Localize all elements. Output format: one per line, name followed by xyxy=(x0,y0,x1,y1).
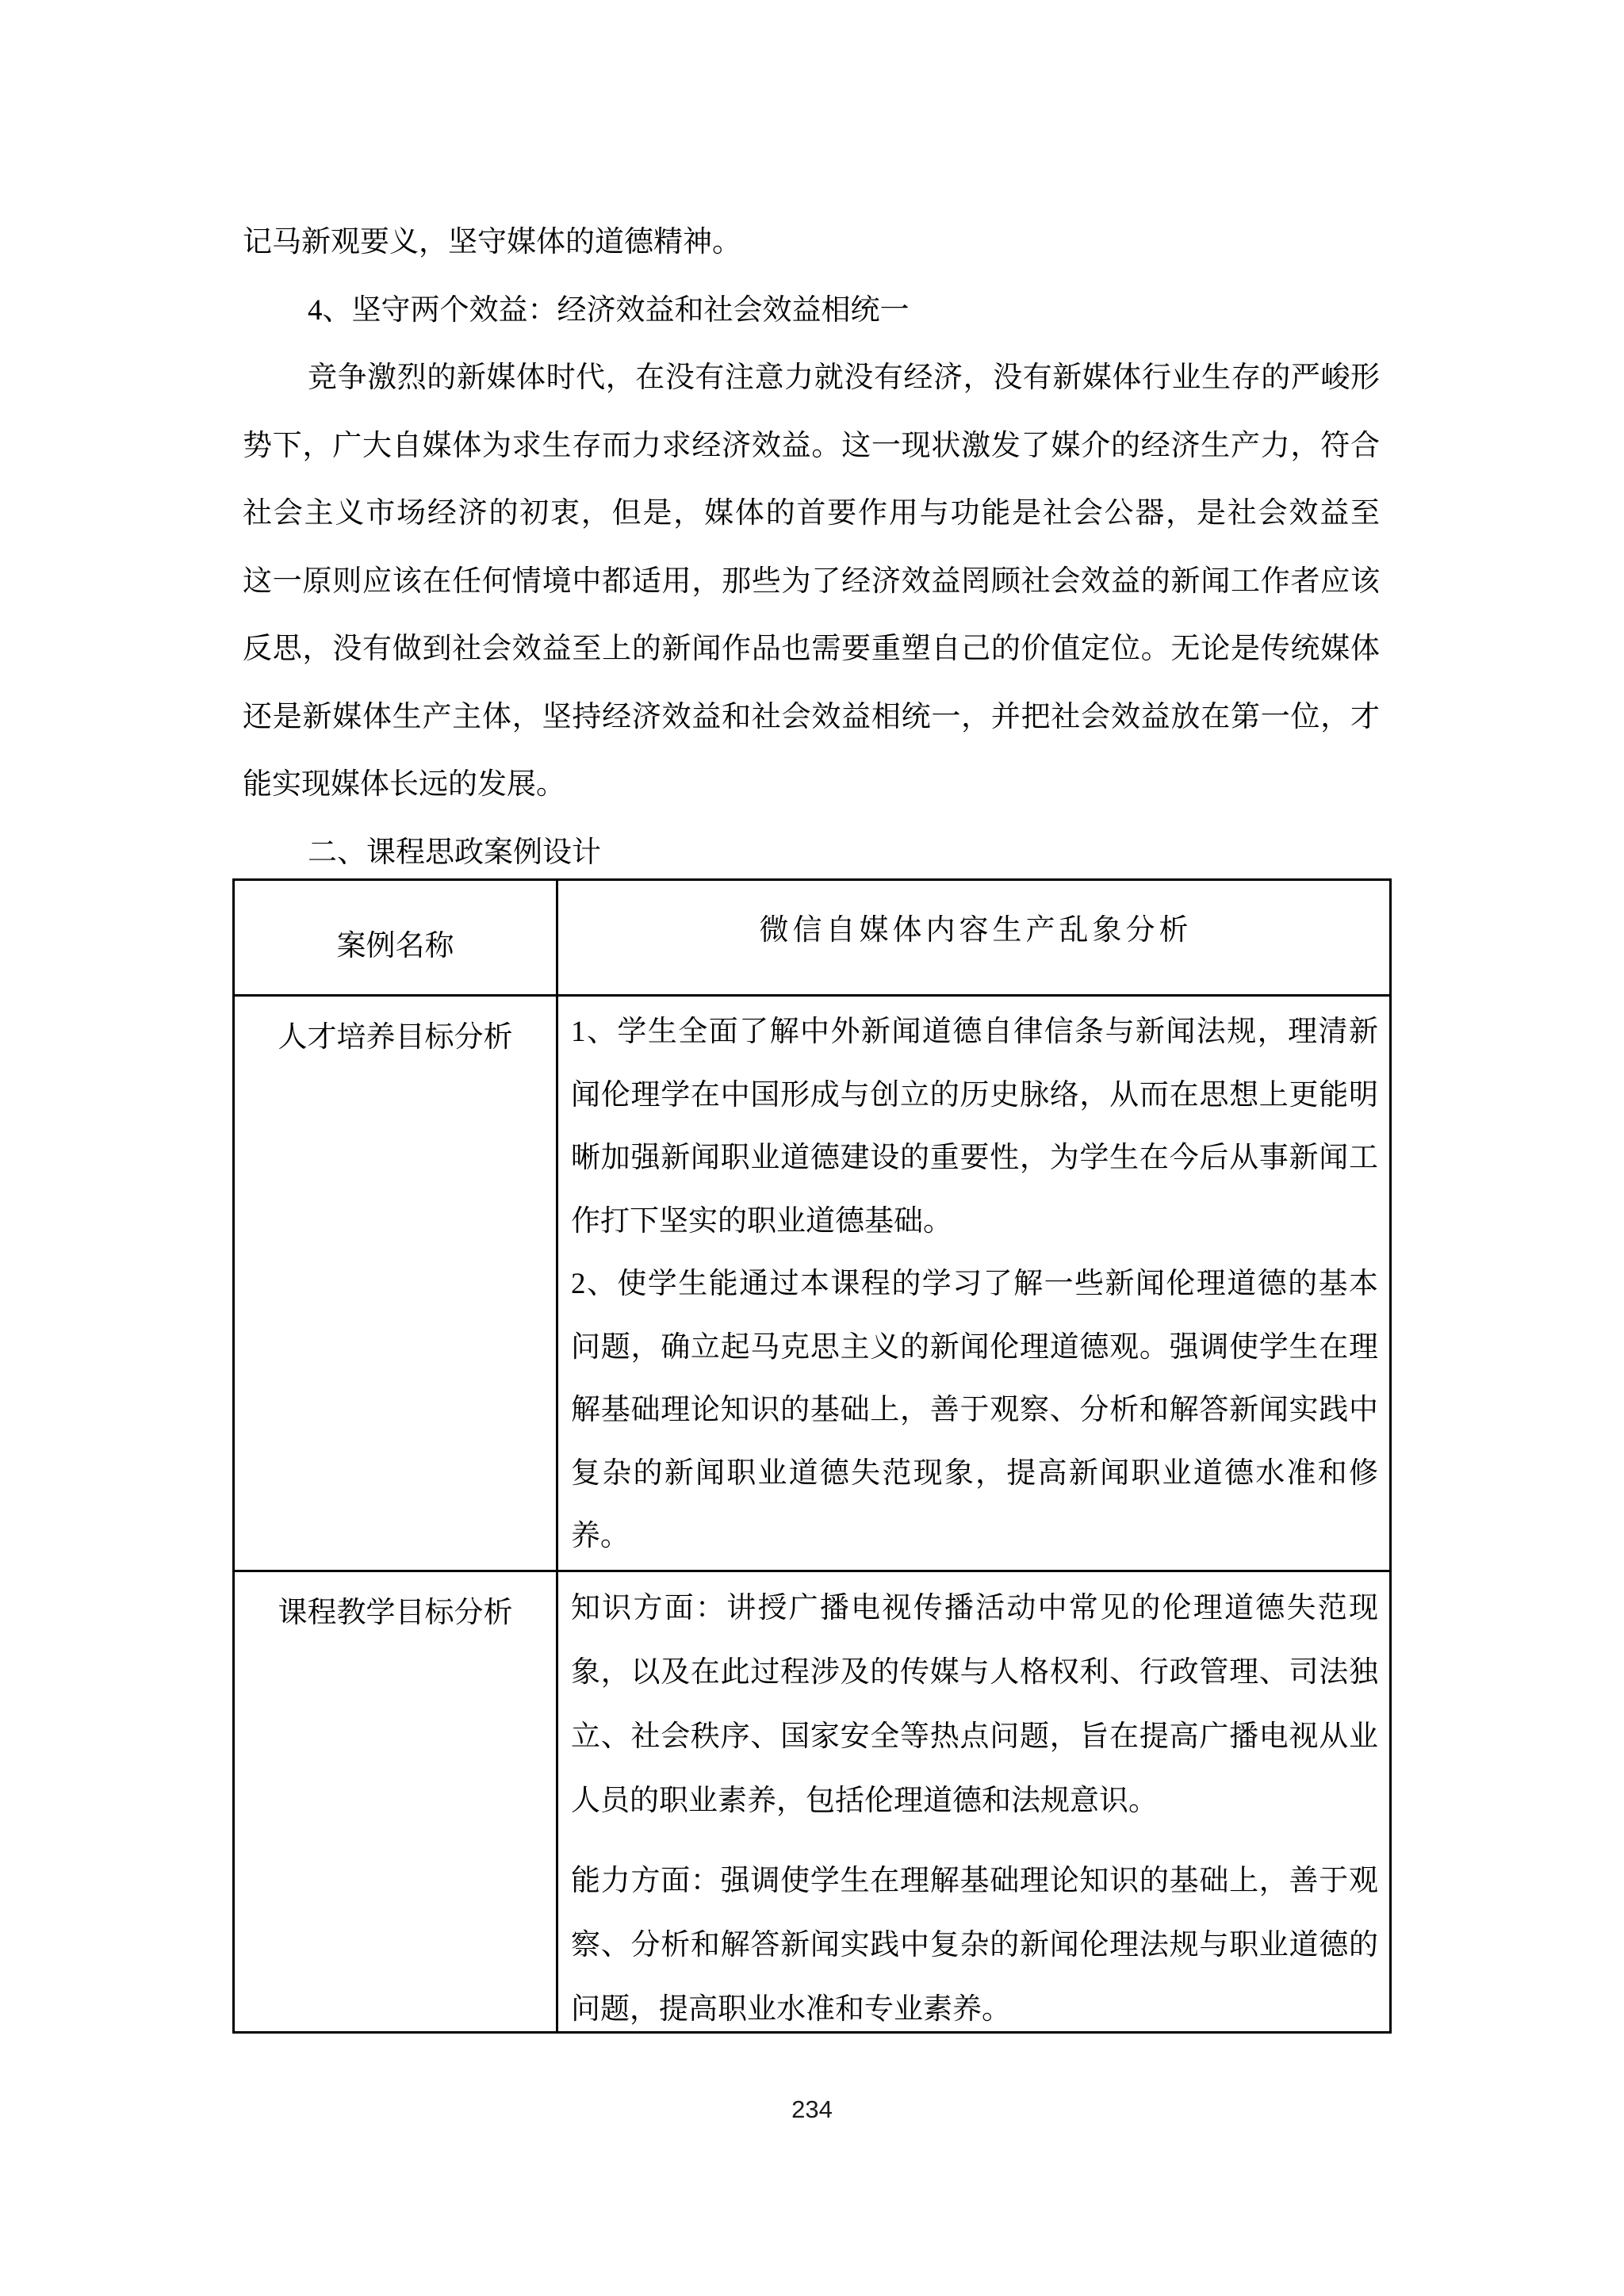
table-row-talent-goal: 人才培养目标分析 1、学生全面了解中外新闻道德自律信条与新闻法规，理清新闻伦理学… xyxy=(235,997,1389,1572)
text-line: 这一原则应该在任何情境中都适用，那些为了经济效益罔顾社会效益的新闻工作者应该 xyxy=(243,548,1380,616)
text-line: 二、课程思政案例设计 xyxy=(243,819,1380,887)
text-line: 晰加强新闻职业道德建设的重要性，为学生在今后从事新闻工 xyxy=(571,1127,1378,1190)
text-line: 复杂的新闻职业道德失范现象，提高新闻职业道德水准和修 xyxy=(571,1442,1378,1506)
text-line: 解基础理论知识的基础上，善于观察、分析和解答新闻实践中 xyxy=(571,1379,1378,1442)
text-line: 2、使学生能通过本课程的学习了解一些新闻伦理道德的基本 xyxy=(571,1253,1378,1316)
text-line: 察、分析和解答新闻实践中复杂的新闻伦理法规与职业道德的 xyxy=(571,1913,1378,1977)
text-line: 反思，没有做到社会效益至上的新闻作品也需要重塑自己的价值定位。无论是传统媒体 xyxy=(243,615,1380,683)
text-line: 人员的职业素养，包括伦理道德和法规意识。 xyxy=(571,1769,1378,1833)
text-line: 还是新媒体生产主体，坚持经济效益和社会效益相统一，并把社会效益放在第一位，才 xyxy=(243,683,1380,752)
row-label-course-teaching-goal: 课程教学目标分析 xyxy=(235,1572,558,2031)
text-line: 势下，广大自媒体为求生存而力求经济效益。这一现状激发了媒介的经济生产力，符合 xyxy=(243,412,1380,480)
table-header-row: 案例名称 微信自媒体内容生产乱象分析 xyxy=(235,881,1389,997)
body-paragraphs: 记马新观要义，坚守媒体的道德精神。4、坚守两个效益：经济效益和社会效益相统一竞争… xyxy=(243,209,1380,886)
text-line: 作打下坚实的职业道德基础。 xyxy=(571,1190,1378,1253)
page-number: 234 xyxy=(0,2097,1624,2122)
text-line: 4、坚守两个效益：经济效益和社会效益相统一 xyxy=(243,277,1380,345)
text-line: 闻伦理学在中国形成与创立的历史脉络，从而在思想上更能明 xyxy=(571,1064,1378,1127)
text-line: 社会主义市场经济的初衷，但是，媒体的首要作用与功能是社会公器，是社会效益至上， xyxy=(243,480,1380,548)
text-line: 记马新观要义，坚守媒体的道德精神。 xyxy=(243,209,1380,277)
text-line: 立、社会秩序、国家安全等热点问题，旨在提高广播电视从业 xyxy=(571,1705,1378,1769)
document-page: 记马新观要义，坚守媒体的道德精神。4、坚守两个效益：经济效益和社会效益相统一竞争… xyxy=(0,0,1624,2296)
text-line: 问题，提高职业水准和专业素养。 xyxy=(571,1977,1378,2042)
text-line: 问题，确立起马克思主义的新闻伦理道德观。强调使学生在理 xyxy=(571,1316,1378,1380)
text-line: 能实现媒体长远的发展。 xyxy=(243,751,1380,819)
row-label-talent-training-goal: 人才培养目标分析 xyxy=(235,997,558,1570)
cell-talent-training-goal-content: 1、学生全面了解中外新闻道德自律信条与新闻法规，理清新闻伦理学在中国形成与创立的… xyxy=(558,997,1389,1570)
case-design-table: 案例名称 微信自媒体内容生产乱象分析 人才培养目标分析 1、学生全面了解中外新闻… xyxy=(232,878,1392,2034)
cell-course-teaching-goal-content: 知识方面：讲授广播电视传播活动中常见的伦理道德失范现象，以及在此过程涉及的传媒与… xyxy=(558,1572,1389,2031)
text-line: 象，以及在此过程涉及的传媒与人格权利、行政管理、司法独 xyxy=(571,1640,1378,1705)
table-header-case-name: 案例名称 xyxy=(235,881,558,994)
table-row-teaching-goal: 课程教学目标分析 知识方面：讲授广播电视传播活动中常见的伦理道德失范现象，以及在… xyxy=(235,1572,1389,2031)
table-header-case-title: 微信自媒体内容生产乱象分析 xyxy=(558,881,1389,994)
text-line: 1、学生全面了解中外新闻道德自律信条与新闻法规，理清新 xyxy=(571,1001,1378,1064)
text-line: 竞争激烈的新媒体时代，在没有注意力就没有经济，没有新媒体行业生存的严峻形 xyxy=(243,344,1380,412)
text-line: 养。 xyxy=(571,1505,1378,1568)
text-line: 知识方面：讲授广播电视传播活动中常见的伦理道德失范现 xyxy=(571,1576,1378,1640)
text-line: 能力方面：强调使学生在理解基础理论知识的基础上，善于观 xyxy=(571,1849,1378,1913)
